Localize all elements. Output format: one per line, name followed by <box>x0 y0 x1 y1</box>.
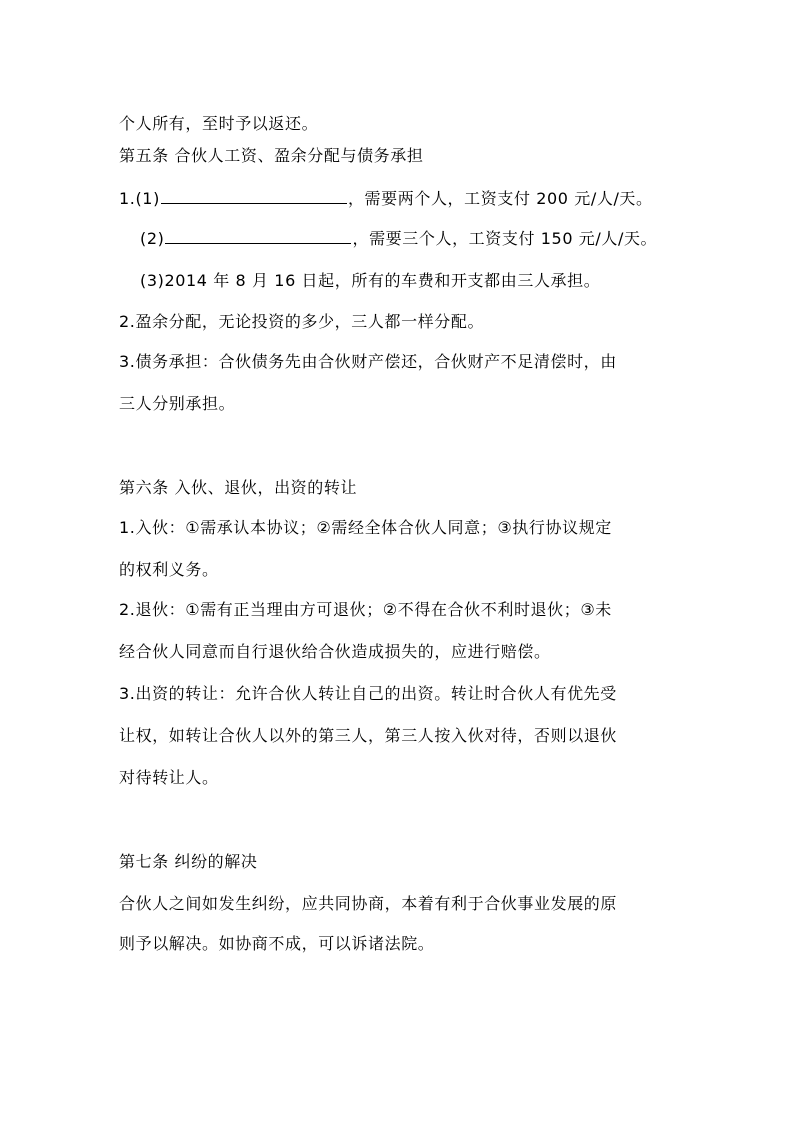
article-6-item-3-line-2: 让权，如转让合伙人以外的第三人，第三人按入伙对待，否则以退伙 <box>119 726 617 746</box>
article-5-item-1-3: (3)2014 年 8 月 16 日起，所有的车费和开支都由三人承担。 <box>140 271 600 291</box>
article-7-body-line-2: 则予以解决。如协商不成，可以诉诸法院。 <box>119 934 434 954</box>
item-suffix: ，需要两个人，工资支付 200 元/人/天。 <box>348 189 653 208</box>
article-6-item-3-line-1: 3.出资的转让：允许合伙人转让自己的出资。转让时合伙人有优先受 <box>119 684 617 704</box>
article-5-item-1-1: 1.(1)，需要两个人，工资支付 200 元/人/天。 <box>119 189 653 209</box>
article-6-item-2-line-1: 2.退伙：①需有正当理由方可退伙；②不得在合伙不利时退伙；③未 <box>119 600 612 620</box>
article-5-item-2: 2.盈余分配，无论投资的多少，三人都一样分配。 <box>119 312 484 332</box>
article-6-item-1-line-1: 1.入伙：①需承认本协议；②需经全体合伙人同意；③执行协议规定 <box>119 518 612 538</box>
article-5-item-3-line-1: 3.债务承担：合伙债务先由合伙财产偿还，合伙财产不足清偿时，由 <box>119 352 617 372</box>
article-5-item-3-line-2: 三人分别承担。 <box>119 394 235 414</box>
article-7-heading: 第七条 纠纷的解决 <box>119 852 258 872</box>
article-5-item-1-2: (2)，需要三个人，工资支付 150 元/人/天。 <box>140 229 657 249</box>
document-page: 个人所有，至时予以返还。 第五条 合伙人工资、盈余分配与债务承担 1.(1)，需… <box>0 0 794 1123</box>
item-suffix: ，需要三个人，工资支付 150 元/人/天。 <box>352 229 657 248</box>
blank-field-2[interactable] <box>165 229 351 244</box>
article-7-body-line-1: 合伙人之间如发生纠纷，应共同协商，本着有利于合伙事业发展的原 <box>119 894 617 914</box>
article-6-item-3-line-3: 对待转让人。 <box>119 768 219 788</box>
article-6-item-2-line-2: 经合伙人同意而自行退伙给合伙造成损失的，应进行赔偿。 <box>119 642 551 662</box>
item-prefix: 1.(1) <box>119 189 160 208</box>
item-prefix: (2) <box>140 229 164 248</box>
blank-field-1[interactable] <box>161 189 347 204</box>
continuation-text: 个人所有，至时予以返还。 <box>119 114 318 134</box>
article-5-heading: 第五条 合伙人工资、盈余分配与债务承担 <box>119 146 424 166</box>
article-6-item-1-line-2: 的权利义务。 <box>119 560 219 580</box>
article-6-heading: 第六条 入伙、退伙，出资的转让 <box>119 478 357 498</box>
